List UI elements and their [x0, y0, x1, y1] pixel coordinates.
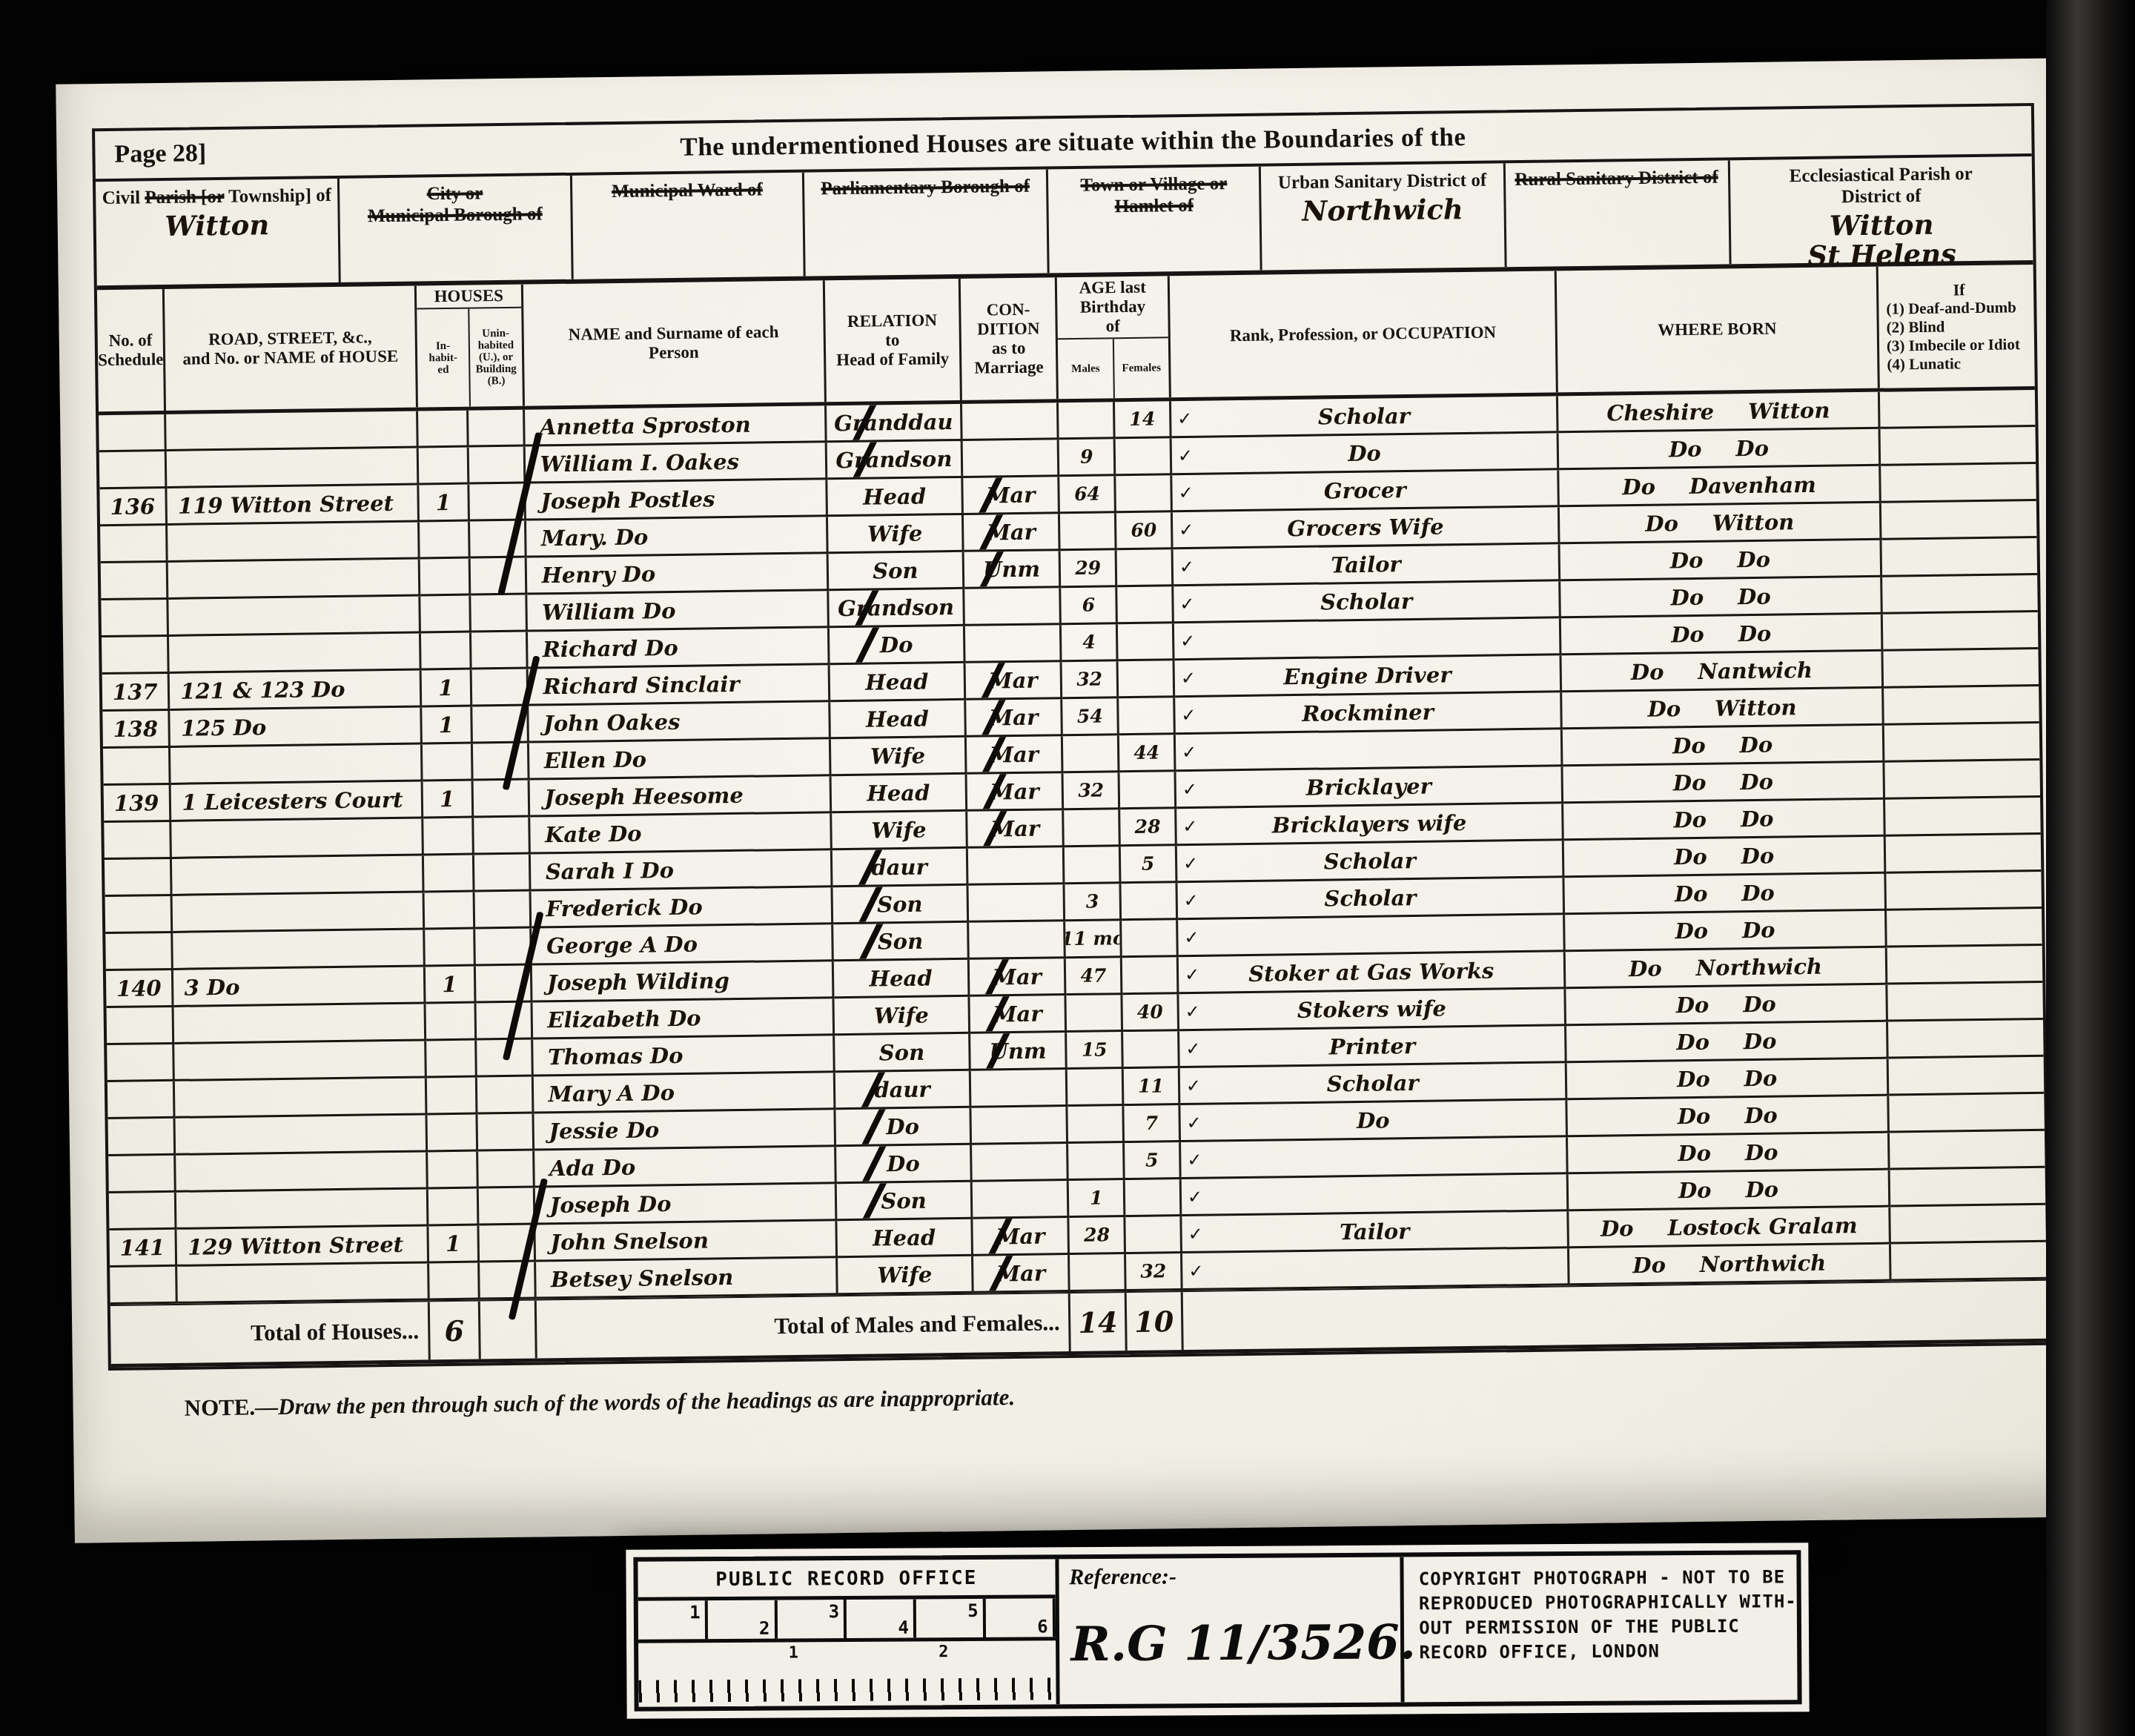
age-male: 1	[1069, 1180, 1125, 1218]
person-name: John Oakes	[529, 702, 831, 743]
born-county: Do	[1675, 881, 1708, 907]
where-born-cell: Do Do	[1563, 726, 1884, 767]
total-males-value: 14	[1070, 1293, 1128, 1351]
houses-uninhabited	[474, 818, 530, 855]
schedule-number	[103, 748, 171, 786]
total-houses-value: 6	[430, 1302, 481, 1360]
infirmity-item: (1) Deaf-and-Dumb	[1886, 298, 2016, 318]
born-place: Do	[1741, 806, 1774, 832]
where-born-cell: Cheshire Witton	[1558, 392, 1880, 434]
reference-label: Reference:-	[1069, 1563, 1390, 1591]
occupation: Scholar	[1326, 1070, 1419, 1096]
marriage-condition: Unm	[964, 551, 1061, 589]
occupation-cell: ✓	[1182, 1248, 1570, 1291]
infirmity-cell	[1887, 946, 2043, 985]
born-place: Do	[1735, 435, 1769, 461]
occupation-cell: ✓ Tailor	[1182, 1211, 1569, 1253]
stamp-reference-section: Reference:- R.G 11/3526.	[1059, 1557, 1401, 1704]
infirmity-cell	[1885, 798, 2041, 837]
schedule-number	[104, 822, 172, 860]
column-header-row: No. of Schedule ROAD, STREET, &c., and N…	[97, 265, 2035, 415]
district-header-cell: Municipal Ward of	[572, 173, 805, 279]
district-header-label: Parliamentary Borough of	[804, 175, 1046, 199]
infirmity-cell	[1883, 612, 2039, 652]
age-female: 32	[1126, 1253, 1182, 1291]
occupation: Do	[1357, 1107, 1390, 1133]
infirmity-cell	[1881, 538, 2037, 577]
occupation: Bricklayer	[1306, 773, 1431, 800]
public-record-office-stamp: PUBLIC RECORD OFFICE 123456 1 2 Referenc…	[626, 1543, 1809, 1719]
address	[175, 1078, 427, 1118]
district-header-label: Town or Village orHamlet of	[1048, 173, 1260, 219]
age-male	[1067, 1069, 1124, 1107]
marriage-condition	[968, 884, 1065, 923]
tick-icon: ✓	[1179, 519, 1194, 540]
occupation: Scholar	[1323, 847, 1416, 874]
age-female	[1122, 920, 1178, 958]
district-header-value: Northwich	[1262, 193, 1504, 226]
ruler-number: 2	[939, 1643, 948, 1661]
address	[169, 633, 421, 673]
age-male	[1070, 1254, 1127, 1292]
age-male: 15	[1067, 1032, 1124, 1070]
col-females-header: Females	[1114, 338, 1169, 398]
district-header-value	[804, 199, 1046, 202]
person-name: Annetta Sproston	[525, 405, 827, 446]
ruler-segment: 2	[708, 1600, 778, 1640]
census-rows: Annetta Sproston Granddau 14 ✓ Scholar C…	[99, 390, 2046, 1305]
district-header-cell: Rural Sanitary District of	[1505, 160, 1731, 267]
tick-icon: ✓	[1180, 630, 1195, 651]
born-county: Do	[1601, 1216, 1634, 1242]
copyright-line: RECORD OFFICE, LONDON	[1419, 1638, 1797, 1665]
born-county: Do	[1672, 732, 1706, 758]
born-county: Do	[1678, 1103, 1711, 1129]
infirmity-cell	[1881, 464, 2036, 503]
copyright-line: COPYRIGHT PHOTOGRAPH - NOT TO BE	[1419, 1565, 1797, 1591]
district-label-part: Municipal Ward of	[612, 179, 763, 202]
col-name-header: NAME and Surname of each Person	[523, 280, 827, 405]
occupation-cell: ✓ Printer	[1179, 1026, 1567, 1068]
total-females-value: 10	[1127, 1292, 1184, 1351]
infirmity-cell	[1882, 575, 2038, 614]
person-name: Elizabeth Do	[532, 998, 835, 1039]
district-header-value: Witton St Helens	[1730, 208, 2033, 271]
born-place: Witton	[1715, 695, 1797, 720]
district-label-part: Urban Sanitary District of	[1278, 170, 1487, 193]
age-male: 32	[1062, 661, 1119, 699]
born-county: Do	[1670, 547, 1704, 573]
ruler-segment: 4	[847, 1599, 916, 1638]
address: 125 Do	[171, 707, 423, 747]
born-place: Do	[1737, 546, 1770, 572]
relation-to-head: Son	[829, 552, 964, 591]
relation-to-head: Head	[837, 1219, 973, 1258]
person-name: Joseph Heesome	[529, 776, 832, 817]
col-relation-header: RELATION to Head of Family	[825, 279, 962, 402]
infirmity-cell	[1890, 1168, 2046, 1207]
col-occupation-header: Rank, Profession, or OCCUPATION	[1170, 271, 1558, 397]
born-place: Do	[1738, 583, 1771, 609]
district-header-label: Ecclesiastical Parish orDistrict of	[1729, 162, 2032, 209]
tick-icon: ✓	[1184, 889, 1199, 910]
where-born-cell: Do Do	[1568, 1133, 1890, 1175]
age-male: 29	[1061, 550, 1117, 588]
born-county: Do	[1629, 955, 1662, 981]
address	[178, 1263, 430, 1303]
houses-inhabited	[429, 1263, 480, 1301]
person-name: Richard Sinclair	[528, 665, 830, 706]
age-male	[1059, 402, 1115, 440]
district-label-part: Hamlet of	[1114, 196, 1194, 216]
marriage-condition: Mar	[970, 995, 1067, 1034]
age-female	[1119, 698, 1175, 735]
schedule-number	[107, 1007, 175, 1045]
where-born-cell: Do Do	[1561, 577, 1883, 619]
schedule-number	[108, 1156, 176, 1193]
houses-uninhabited	[476, 1003, 532, 1041]
where-born-cell: Do Do	[1563, 763, 1885, 804]
district-label-part: Town or Village or	[1080, 173, 1227, 196]
schedule-number: 141	[109, 1230, 177, 1268]
scan-edge-shadow	[2046, 0, 2135, 1736]
age-male: 47	[1066, 958, 1122, 995]
houses-uninhabited	[480, 1262, 536, 1300]
schedule-number	[100, 526, 168, 563]
totals-empty-cell	[480, 1301, 537, 1359]
infirmity-cell	[1889, 1057, 2045, 1096]
houses-uninhabited	[478, 1151, 534, 1189]
born-county: Do	[1677, 1066, 1710, 1092]
district-label-part: District of	[1841, 186, 1921, 207]
occupation: Tailor	[1340, 1219, 1410, 1245]
occupation: Rockminer	[1302, 699, 1434, 726]
schedule-number	[99, 414, 167, 452]
district-header-label: Rural Sanitary District of	[1505, 166, 1727, 191]
person-name: John Snelson	[535, 1221, 838, 1262]
age-female	[1117, 549, 1174, 587]
age-female: 7	[1125, 1105, 1181, 1143]
infirmity-title: If	[1953, 280, 1964, 299]
address	[174, 1004, 426, 1044]
houses-inhabited	[427, 1078, 478, 1116]
houses-inhabited	[421, 633, 472, 671]
infirmity-cell	[1891, 1242, 2047, 1282]
born-county: Do	[1676, 1029, 1709, 1055]
relation-to-head: daur	[833, 849, 968, 887]
occupation-cell: ✓ Scholar	[1180, 1063, 1568, 1105]
infirmity-item: (2) Blind	[1886, 317, 1944, 337]
tick-icon: ✓	[1178, 482, 1193, 503]
houses-inhabited	[420, 559, 471, 597]
tick-icon: ✓	[1182, 778, 1197, 799]
marriage-condition: Mar	[967, 773, 1064, 812]
relation-to-head: Wife	[838, 1256, 973, 1295]
age-female	[1116, 438, 1172, 476]
born-place: Do	[1744, 1065, 1777, 1091]
address: 119 Witton Street	[168, 485, 420, 525]
born-county: Do	[1631, 659, 1664, 685]
relation-to-head: Son	[837, 1182, 973, 1221]
tick-icon: ✓	[1183, 852, 1198, 873]
age-male: 28	[1070, 1217, 1126, 1255]
schedule-number: 138	[102, 711, 171, 749]
age-female	[1125, 1179, 1182, 1217]
born-county: Do	[1632, 1252, 1666, 1278]
where-born-cell: Do Witton	[1560, 503, 1881, 545]
district-header-label: Municipal Ward of	[572, 179, 803, 203]
age-female: 5	[1121, 846, 1177, 884]
houses-uninhabited	[469, 410, 525, 448]
age-male	[1068, 1106, 1125, 1144]
tick-icon: ✓	[1179, 556, 1194, 577]
born-place: Do	[1744, 1102, 1778, 1128]
age-female	[1118, 623, 1174, 661]
where-born-cell: Do Do	[1559, 429, 1881, 471]
houses-uninhabited	[474, 892, 531, 930]
born-place: Do	[1744, 1028, 1777, 1054]
address	[176, 1152, 428, 1192]
tick-icon: ✓	[1188, 1260, 1203, 1281]
houses-uninhabited	[475, 929, 532, 967]
houses-inhabited	[423, 818, 474, 856]
schedule-number	[102, 637, 170, 675]
address	[169, 596, 421, 636]
houses-inhabited	[419, 448, 470, 486]
schedule-number	[107, 1081, 176, 1119]
district-header-label: City orMunicipal Borough of	[340, 182, 570, 228]
address: 121 & 123 Do	[170, 670, 422, 710]
age-female: 14	[1115, 401, 1171, 439]
age-male: 32	[1064, 772, 1120, 810]
occupation-cell: ✓ Engine Driver	[1174, 655, 1562, 698]
occupation: Scholar	[1318, 402, 1411, 429]
district-label-part: Parish [or	[145, 187, 225, 208]
relation-to-head: Granddau	[827, 404, 962, 443]
age-female: 40	[1123, 994, 1179, 1032]
relation-to-head: Head	[832, 775, 967, 813]
census-table: Page 28] The undermentioned Houses are s…	[92, 103, 2050, 1371]
houses-uninhabited	[479, 1188, 535, 1226]
born-county: Do	[1645, 511, 1678, 537]
occupation: Bricklayers wife	[1272, 810, 1467, 838]
schedule-number	[105, 896, 173, 934]
houses-inhabited: 1	[422, 707, 473, 745]
relation-to-head: Wife	[831, 738, 967, 776]
schedule-number: 139	[104, 785, 172, 823]
marriage-condition: Mar	[967, 810, 1065, 849]
occupation-cell: ✓ Stokers wife	[1179, 989, 1566, 1031]
age-male: 9	[1059, 439, 1116, 477]
infirmity-cell	[1883, 649, 2039, 689]
col-inhabited-header: In- habit- ed	[417, 309, 471, 408]
person-name: Jessie Do	[534, 1110, 836, 1150]
occupation-cell: ✓ Rockminer	[1175, 692, 1563, 735]
age-male: 54	[1063, 698, 1119, 736]
infirmity-cell	[1884, 686, 2039, 726]
houses-inhabited: 1	[422, 670, 473, 708]
occupation-cell: ✓ Scholar	[1177, 878, 1565, 920]
born-county: Do	[1673, 806, 1707, 832]
col-males-header: Males	[1058, 339, 1114, 399]
where-born-cell: Do Witton	[1562, 689, 1884, 730]
stamp-copyright-section: COPYRIGHT PHOTOGRAPH - NOT TO BEREPRODUC…	[1400, 1554, 1798, 1702]
tick-icon: ✓	[1186, 1112, 1201, 1133]
born-place: Do	[1740, 769, 1773, 795]
born-place: Northwich	[1696, 953, 1823, 980]
marriage-condition: Mar	[970, 958, 1067, 997]
houses-inhabited	[423, 744, 474, 782]
occupation: Stokers wife	[1297, 995, 1446, 1023]
col-age-header: AGE last Birthday of	[1057, 276, 1168, 339]
houses-inhabited: 1	[426, 967, 477, 1004]
infirmity-cell	[1886, 835, 2042, 874]
born-place: Do	[1745, 1176, 1778, 1202]
district-header-cell: Ecclesiastical Parish orDistrict of Witt…	[1729, 156, 2033, 264]
person-name: Thomas Do	[533, 1036, 835, 1076]
district-header-value	[1506, 191, 1728, 193]
district-header-label: Civil Parish [or Township] of	[96, 185, 337, 209]
where-born-cell: Do Do	[1566, 1022, 1888, 1064]
schedule-number: 136	[99, 488, 168, 526]
age-female: 28	[1120, 809, 1176, 847]
age-male	[1069, 1143, 1125, 1181]
marriage-condition	[968, 847, 1065, 886]
born-county: Do	[1671, 621, 1704, 647]
occupation-cell: ✓ Scholar	[1171, 396, 1559, 438]
born-place: Lostock Gralam	[1667, 1213, 1857, 1240]
born-place: Witton	[1748, 397, 1830, 423]
houses-inhabited	[426, 1004, 477, 1041]
relation-to-head: Wife	[828, 515, 964, 554]
age-female: 60	[1116, 512, 1173, 550]
houses-inhabited	[427, 1115, 478, 1153]
occupation: Grocers Wife	[1287, 514, 1444, 541]
address: 3 Do	[173, 967, 426, 1007]
age-female	[1119, 660, 1175, 698]
where-born-cell: Do Do	[1568, 1096, 1890, 1138]
marriage-condition	[965, 625, 1062, 663]
houses-inhabited: 1	[428, 1226, 480, 1264]
occupation-cell: ✓	[1181, 1137, 1569, 1179]
age-female: 44	[1119, 735, 1176, 772]
district-label-part: City or	[427, 183, 483, 204]
age-female: 11	[1124, 1068, 1180, 1106]
age-male: 3	[1065, 884, 1122, 921]
district-header-cell: Civil Parish [or Township] of Witton	[96, 179, 341, 285]
occupation: Scholar	[1320, 588, 1413, 614]
born-place: Nantwich	[1698, 657, 1813, 683]
address	[173, 930, 426, 970]
person-name: Mary. Do	[526, 517, 829, 557]
born-county: Do	[1670, 584, 1704, 610]
marriage-condition	[964, 588, 1062, 626]
address	[176, 1189, 428, 1229]
occupation-cell: ✓ Bricklayer	[1176, 766, 1563, 809]
age-female	[1122, 883, 1178, 921]
age-male	[1060, 513, 1116, 551]
note-caps: NOTE.	[184, 1394, 255, 1420]
person-name: Kate Do	[530, 813, 833, 854]
where-born-cell: Do Nantwich	[1562, 652, 1884, 693]
relation-to-head: Do	[830, 626, 965, 665]
age-female	[1122, 957, 1179, 995]
col-houses-header: HOUSES	[417, 285, 521, 310]
houses-inhabited	[428, 1152, 479, 1190]
age-female	[1117, 586, 1174, 624]
occupation-cell: ✓ Bricklayers wife	[1176, 804, 1564, 846]
age-male	[1065, 809, 1121, 847]
born-county: Do	[1678, 1140, 1711, 1166]
where-born-cell: Do Do	[1564, 837, 1886, 878]
born-place: Do	[1742, 917, 1775, 943]
born-county: Do	[1678, 1177, 1712, 1203]
tick-icon: ✓	[1182, 815, 1197, 836]
occupation: Printer	[1329, 1033, 1416, 1059]
born-county: Cheshire	[1606, 399, 1714, 425]
occupation-cell: ✓ Do	[1172, 433, 1560, 475]
where-born-cell: Do Do	[1561, 614, 1883, 656]
occupation-cell: ✓ Grocers Wife	[1173, 507, 1560, 549]
district-label-part: Township] of	[224, 185, 331, 207]
person-name: Betsey Snelson	[536, 1258, 838, 1299]
marriage-condition	[962, 402, 1059, 441]
relation-to-head: Head	[834, 960, 970, 998]
col-age-group: AGE last Birthday of Males Females	[1057, 276, 1171, 399]
schedule-number	[110, 1267, 178, 1305]
where-born-cell: Do Do	[1566, 985, 1888, 1027]
person-name: William I. Oakes	[525, 443, 827, 483]
district-header-value	[340, 228, 570, 231]
tick-icon: ✓	[1185, 1038, 1200, 1059]
houses-inhabited	[425, 892, 476, 930]
tick-icon: ✓	[1181, 667, 1196, 688]
schedule-number	[105, 933, 173, 971]
copyright-line: REPRODUCED PHOTOGRAPHICALLY WITH-	[1419, 1589, 1797, 1616]
address	[166, 411, 418, 451]
district-header-label: Urban Sanitary District of	[1261, 169, 1503, 193]
born-place: Witton	[1712, 509, 1795, 535]
born-county: Do	[1674, 844, 1707, 869]
person-name: Richard Do	[528, 628, 830, 669]
born-place: Northwich	[1700, 1250, 1827, 1276]
occupation-cell: ✓ Tailor	[1174, 544, 1561, 586]
census-page: Page 28] The undermentioned Houses are s…	[56, 58, 2088, 1543]
houses-inhabited	[424, 855, 475, 893]
occupation: Stoker at Gas Works	[1248, 958, 1494, 986]
born-place: Do	[1738, 620, 1772, 646]
occupation-cell: ✓	[1178, 915, 1566, 957]
schedule-number	[108, 1119, 176, 1156]
born-county: Do	[1647, 696, 1681, 722]
relation-to-head: Do	[835, 1108, 971, 1147]
district-header-value	[1049, 219, 1260, 222]
age-male: 64	[1060, 476, 1116, 514]
district-label-part: Civil	[102, 188, 145, 208]
occupation: Engine Driver	[1283, 662, 1452, 689]
person-name: George A Do	[532, 924, 834, 965]
houses-inhabited	[428, 1189, 480, 1227]
district-header-cell: Town or Village orHamlet of	[1048, 167, 1262, 274]
marriage-condition: Unm	[970, 1033, 1067, 1071]
scan-background: Page 28] The undermentioned Houses are s…	[0, 0, 2135, 1736]
occupation-cell: ✓ Do	[1180, 1100, 1568, 1142]
tick-icon: ✓	[1182, 741, 1196, 762]
marriage-condition	[969, 921, 1066, 960]
infirmity-cell	[1890, 1205, 2046, 1245]
relation-to-head: Grandson	[827, 441, 963, 480]
marriage-condition	[971, 1070, 1068, 1108]
